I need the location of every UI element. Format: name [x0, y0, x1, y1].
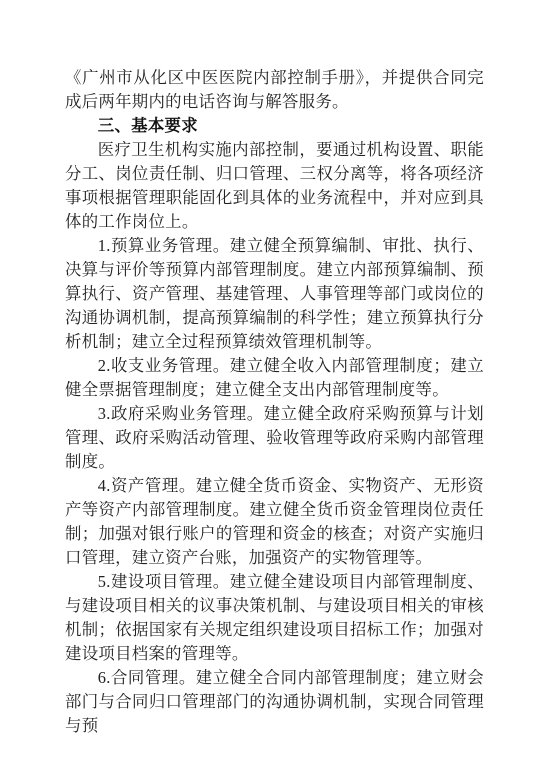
paragraph-1-budget-management: 1.预算业务管理。建立健全预算编制、审批、执行、决算与评价等预算内部管理制度。建… — [65, 234, 484, 354]
paragraph-3-government-procurement-management: 3.政府采购业务管理。建立健全政府采购预算与计划管理、政府采购活动管理、验收管理… — [65, 402, 484, 474]
paragraph-6-contract-management: 6.合同管理。建立健全合同内部管理制度；建立财会部门与合同归口管理部门的沟通协调… — [65, 666, 484, 738]
paragraph-5-construction-project-management: 5.建设项目管理。建立健全建设项目内部管理制度、与建设项目相关的议事决策机制、与… — [65, 570, 484, 666]
paragraph-contract-handbook-continuation: 《广州市从化区中医医院内部控制手册》，并提供合同完成后两年期内的电话咨询与解答服… — [65, 66, 484, 114]
section-heading-basic-requirements: 三、基本要求 — [65, 114, 484, 138]
paragraph-overview: 医疗卫生机构实施内部控制，要通过机构设置、职能分工、岗位责任制、归口管理、三权分… — [65, 138, 484, 234]
document-page: 《广州市从化区中医医院内部控制手册》，并提供合同完成后两年期内的电话咨询与解答服… — [0, 0, 550, 778]
document-body: 《广州市从化区中医医院内部控制手册》，并提供合同完成后两年期内的电话咨询与解答服… — [65, 66, 484, 738]
paragraph-4-asset-management: 4.资产管理。建立健全货币资金、实物资产、无形资产等资产内部管理制度。建立健全货… — [65, 474, 484, 570]
paragraph-2-revenue-expenditure-management: 2.收支业务管理。建立健全收入内部管理制度；建立健全票据管理制度；建立健全支出内… — [65, 354, 484, 402]
